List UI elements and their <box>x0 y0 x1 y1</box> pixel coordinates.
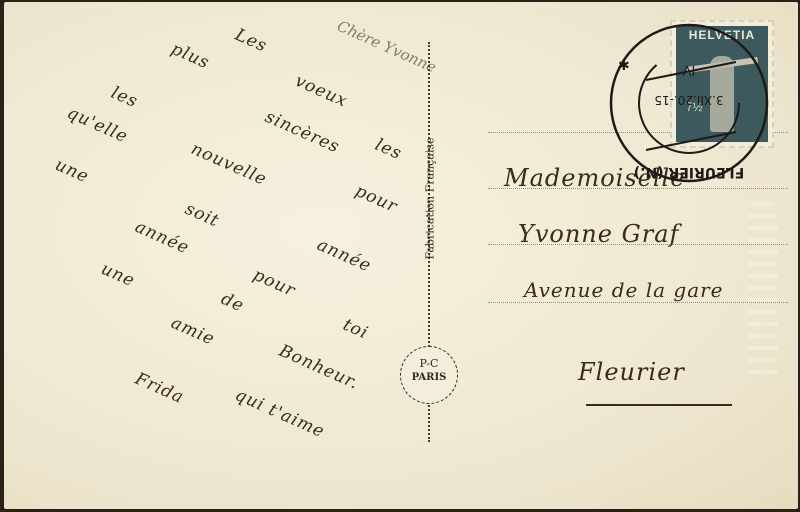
svg-text:3.XII.20.-15: 3.XII.20.-15 <box>654 93 723 107</box>
message-word: plus <box>168 39 213 74</box>
message-word: sincères <box>262 107 343 158</box>
embossed-border <box>748 202 778 382</box>
message-word: année <box>132 217 192 259</box>
message-word: voeux <box>292 71 351 112</box>
svg-text:✱: ✱ <box>618 58 630 74</box>
message-word: une <box>98 259 138 291</box>
message-word: les <box>108 83 141 112</box>
message-word: soit <box>182 199 222 232</box>
address-name: Yvonne Graf <box>518 220 679 248</box>
message-word: qui t'aime <box>232 385 328 442</box>
message-word: pour <box>352 181 401 217</box>
message-word: amie <box>168 313 218 350</box>
signature: Frida <box>132 369 187 408</box>
message-word: les <box>372 135 405 164</box>
address-street: Avenue de la gare <box>524 278 724 302</box>
svg-text:IV: IV <box>683 62 696 77</box>
message-word: nouvelle <box>188 139 270 190</box>
message-word: année <box>314 235 374 277</box>
seal-line2: PARIS <box>401 372 457 383</box>
message-word: qu'elle <box>64 103 131 148</box>
address-city: Fleurier <box>578 358 685 386</box>
postcard-back: Chère Yvonne Les plus voeux les sincères… <box>4 2 798 509</box>
message-word: Les <box>232 25 270 57</box>
svg-text:FLEURIER (N.): FLEURIER (N.) <box>634 164 744 180</box>
message-word: une <box>52 155 92 187</box>
seal-line1: P-C <box>401 357 457 370</box>
city-underline <box>586 404 732 406</box>
message-word: pour <box>250 265 299 301</box>
salutation: Chère Yvonne <box>334 17 439 77</box>
postmark-cancel: ✱ 3.XII.20.-15 IV FLEURIER (N.) <box>606 20 772 186</box>
publisher-text: Fabrication Française <box>424 119 437 279</box>
publisher-seal: P-C PARIS <box>400 346 458 404</box>
address-line <box>488 302 788 303</box>
message-word: toi <box>340 315 371 344</box>
message-word: Bonheur. <box>276 341 362 394</box>
message-word: de <box>218 289 247 317</box>
